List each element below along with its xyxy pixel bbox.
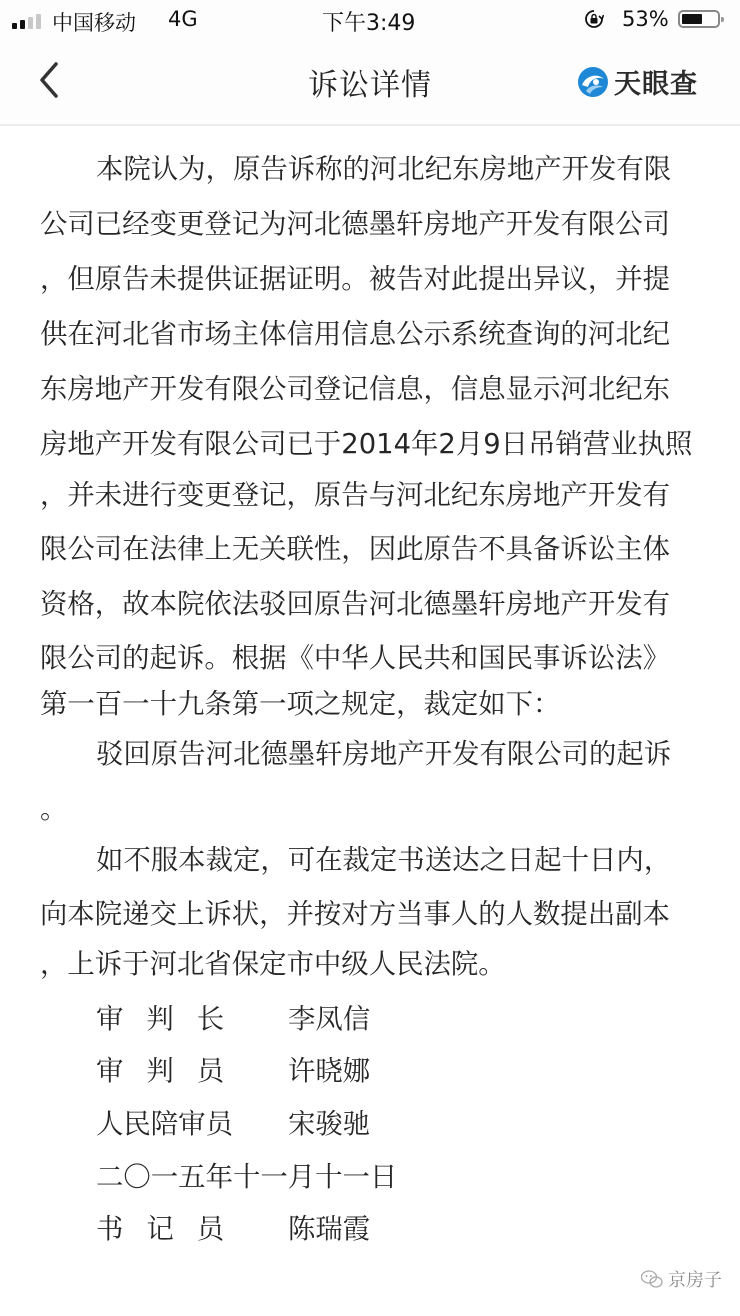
text-line: 本院认为，原告诉称的河北纪东房地产开发有限 — [96, 153, 671, 187]
rotation-lock-icon — [584, 9, 604, 29]
battery-percent: 53% — [622, 7, 669, 31]
wechat-icon — [640, 1268, 664, 1290]
judgment-date: 二〇一五年十一月十一日 — [96, 1161, 397, 1195]
status-bar: 中国移动 4G 下午3:49 53% — [0, 0, 740, 40]
status-time: 下午3:49 — [322, 6, 415, 37]
text-line: 房地产开发有限公司已于2014年2月9日吊销营业执照 — [40, 428, 692, 462]
signature-role: 审判员 — [96, 1055, 247, 1089]
signature-role: 审判长 — [96, 1003, 247, 1037]
network-type: 4G — [168, 7, 198, 31]
brand-name: 天眼查 — [614, 62, 698, 101]
signature-role: 书记员 — [96, 1213, 247, 1247]
text-line: 如不服本裁定，可在裁定书送达之日起十日内， — [96, 844, 671, 878]
text-line: 限公司的起诉。根据《中华人民共和国民事诉讼法》 — [40, 642, 670, 676]
watermark: 京房子 — [640, 1266, 722, 1292]
signature-role: 人民陪审员 — [96, 1108, 233, 1142]
text-line: 限公司在法律上无关联性，因此原告不具备诉讼主体 — [40, 533, 670, 567]
text-line: 第一百一十九条第一项之规定，裁定如下： — [40, 688, 560, 722]
text-line: 资格，故本院依法驳回原告河北德墨轩房地产开发有 — [40, 588, 670, 622]
text-line: ，上诉于河北省保定市中级人民法院。 — [40, 948, 506, 982]
text-line: ，但原告未提供证据证明。被告对此提出异议，并提 — [40, 263, 670, 297]
tianyancha-logo-icon — [576, 65, 610, 99]
brand-logo: 天眼查 — [576, 62, 698, 101]
battery-icon — [678, 10, 720, 28]
watermark-text: 京房子 — [668, 1266, 722, 1292]
nav-bar: 诉讼详情 天眼查 — [0, 40, 740, 126]
text-line: 驳回原告河北德墨轩房地产开发有限公司的起诉 — [96, 738, 671, 772]
text-line: 。 — [40, 793, 67, 827]
text-line: 公司已经变更登记为河北德墨轩房地产开发有限公司 — [40, 208, 670, 242]
signature-name: 李凤信 — [288, 1003, 370, 1037]
text-line: ，并未进行变更登记，原告与河北纪东房地产开发有 — [40, 479, 670, 513]
signal-strength-icon — [12, 13, 41, 29]
text-line: 供在河北省市场主体信用信息公示系统查询的河北纪 — [40, 318, 670, 352]
text-line: 向本院递交上诉状，并按对方当事人的人数提出副本 — [40, 898, 670, 932]
carrier-name: 中国移动 — [52, 7, 136, 37]
signature-name: 陈瑞霞 — [288, 1213, 370, 1247]
text-line: 东房地产开发有限公司登记信息，信息显示河北纪东 — [40, 373, 670, 407]
signature-name: 许晓娜 — [288, 1055, 370, 1089]
signature-name: 宋骏驰 — [288, 1108, 370, 1142]
